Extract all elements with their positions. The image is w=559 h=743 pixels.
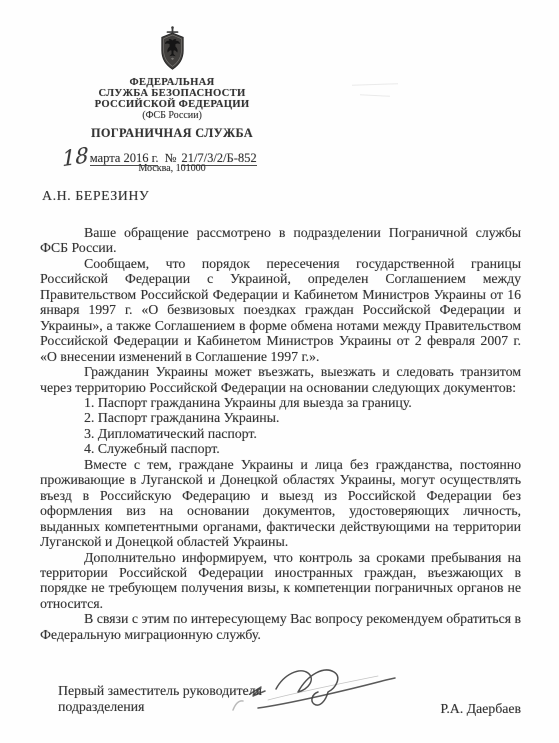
addressee: А.Н. БЕРЕЗИНУ [42, 188, 149, 204]
city-postcode: Москва, 101000 [52, 163, 292, 174]
list-item: 3. Дипломатический паспорт. [40, 426, 521, 441]
paragraph: Дополнительно информируем, что контроль … [40, 550, 521, 612]
signer-name: Р.А. Даербаев [440, 701, 521, 717]
signature-scrawl-icon [228, 662, 413, 720]
org-name-abbrev: (ФСБ России) [52, 110, 292, 121]
fsb-emblem-icon [160, 26, 185, 72]
list-item: 1. Паспорт гражданина Украины для выезда… [40, 395, 521, 410]
paragraph: В связи с этим по интересующему Вас вопр… [40, 611, 521, 642]
org-name-line3: РОССИЙСКОЙ ФЕДЕРАЦИИ [52, 99, 292, 110]
scan-artifact [352, 83, 398, 86]
paragraph: Ваше обращение рассмотрено в подразделен… [40, 225, 521, 256]
list-item: 4. Служебный паспорт. [40, 441, 521, 456]
list-item: 2. Паспорт гражданина Украины. [40, 410, 521, 425]
org-name-line1: ФЕДЕРАЛЬНАЯ [52, 77, 292, 88]
paragraph: Гражданин Украины может въезжать, выезжа… [40, 364, 521, 395]
paragraph: Вместе с тем, граждане Украины и лица бе… [40, 457, 521, 550]
paragraph: Сообщаем, что порядок пересечения госуда… [40, 256, 521, 364]
scanned-letter-page: ФЕДЕРАЛЬНАЯ СЛУЖБА БЕЗОПАСНОСТИ РОССИЙСК… [0, 0, 559, 743]
scan-artifact [360, 94, 390, 97]
letterhead: ФЕДЕРАЛЬНАЯ СЛУЖБА БЕЗОПАСНОСТИ РОССИЙСК… [52, 77, 292, 141]
service-name: ПОГРАНИЧНАЯ СЛУЖБА [52, 126, 292, 141]
org-name-line2: СЛУЖБА БЕЗОПАСНОСТИ [52, 88, 292, 99]
letter-body: Ваше обращение рассмотрено в подразделен… [40, 225, 521, 642]
